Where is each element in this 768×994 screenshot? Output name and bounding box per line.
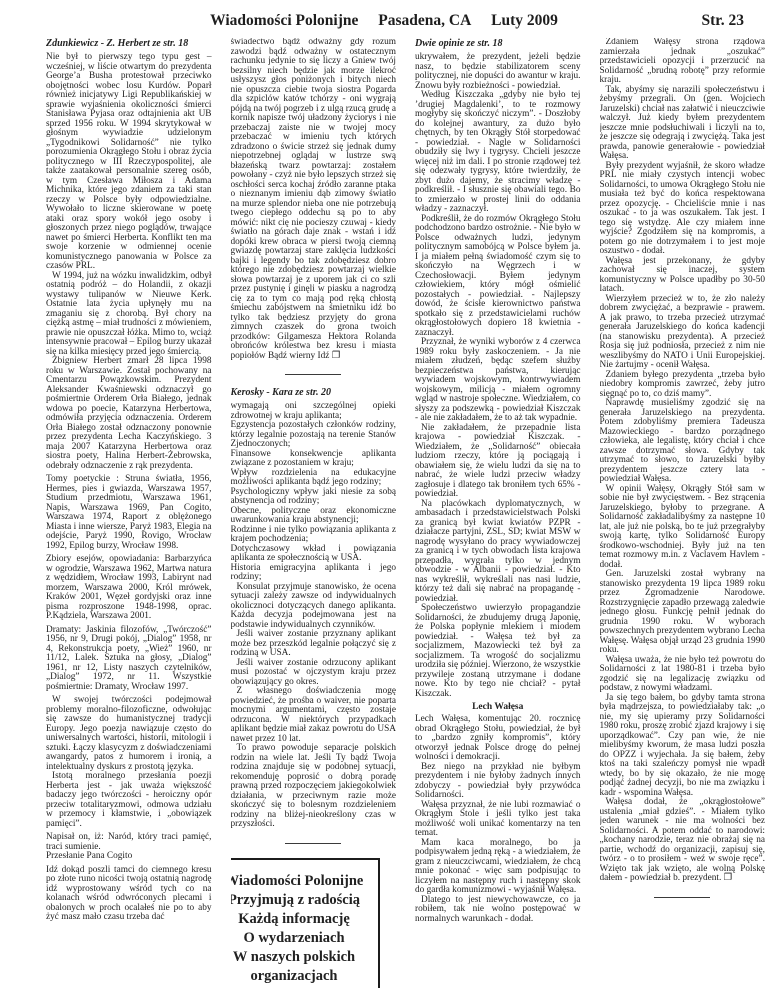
article-paragraph: Psychologiczny wpływ jaki niesie za sobą… (231, 488, 397, 507)
newspaper-column-3: Dwie opinie ze str. 18ukrywałem, że prez… (415, 38, 581, 988)
notice-box: Wiadomości PolonijnePrzyjmują z radością… (231, 858, 380, 989)
article-paragraph: wymagają oni szczególnej opieki zdrowotn… (231, 402, 397, 421)
newspaper-column-2: świadectwo bądź odważny gdy rozum zawodz… (231, 38, 397, 988)
article-paragraph: Przyznał, że wyniki wyborów z 4 czerwca … (415, 338, 581, 424)
article-paragraph: świadectwo bądź odważny gdy rozum zawodz… (231, 38, 397, 361)
article-paragraph: Wierzyłem przecież w to, że zło należy d… (600, 295, 766, 371)
article-paragraph: Społeczeństwo uwierzyło propagandzie Sol… (415, 604, 581, 699)
article-paragraph: Dlatego to jest niewychowawcze, co ja ro… (415, 896, 581, 925)
article-paragraph: Lech Wałęsa, komentując 20. rocznicę obr… (415, 715, 581, 763)
article-paragraph: Gen. Jaruzelski został wybrany na stanow… (600, 570, 766, 656)
article-paragraph: Na placówkach dyplomatycznych, w ambasad… (415, 500, 581, 605)
article-headline: Zdunkiewicz - Z. Herbert ze str. 18 (46, 38, 212, 50)
article-paragraph: Nie zakładałem, że przepadnie lista kraj… (415, 424, 581, 500)
article-paragraph: Dotychczasowy wkład i powiązania aplikan… (231, 545, 397, 564)
article-paragraph: Istotą moralnego przesłania poezji Herbe… (46, 772, 212, 829)
article-paragraph: Zdaniem byłego prezydenta „trzeba było n… (600, 371, 766, 400)
article-paragraph: W swojej twórczości podejmował problemy … (46, 696, 212, 772)
article-paragraph: Według Kiszczaka „gdyby nie było tej ’dr… (415, 91, 581, 215)
article-paragraph: Historia emigracyjna aplikanta i jego ro… (231, 564, 397, 583)
article-paragraph: Napisał on, iż: Naród, który traci pamię… (46, 833, 212, 852)
article-paragraph: Dramaty: Jaskinia filozofów, „Twórczość”… (46, 626, 212, 693)
notice-line: Każdą informację (231, 910, 375, 929)
article-paragraph: Wałęsa uważa, że nie było też powrotu do… (600, 656, 766, 694)
notice-line: W naszych polskich (231, 948, 375, 967)
section-divider (654, 897, 710, 898)
notice-line: Przyjmują z radością (231, 891, 375, 910)
masthead-line: Wiadomości Polonijne Pasadena, CA Luty 2… (0, 12, 768, 30)
article-paragraph: Jeśli waiver zostanie przyznany aplikant… (231, 630, 397, 659)
article-paragraph: Konsulat przyjmuje stanowisko, że ocena … (231, 583, 397, 631)
article-paragraph: Rodzinne i nie tylko powiązania aplikant… (231, 526, 397, 545)
article-paragraph: Wałęsa jest przekonany, że gdyby zachowa… (600, 257, 766, 295)
article-paragraph: Zbiory esejów, opowiadania: Barbarzyńca … (46, 555, 212, 622)
article-paragraph: Naprawdę musieliśmy zgodzić się na gener… (600, 399, 766, 485)
notice-line: O wydarzeniach (231, 929, 375, 948)
article-paragraph: Obecne, polityczne oraz ekonomiczne uwar… (231, 507, 397, 526)
article-paragraph: Jeśli waiver zostanie odrzucony aplikant… (231, 659, 397, 688)
article-paragraph: Ja się tego bałem, bo gdyby tamta strona… (600, 694, 766, 799)
page-header: Wiadomości Polonijne Pasadena, CA Luty 2… (0, 12, 768, 34)
article-paragraph: Tomy poetyckie : Struna światła, 1956, H… (46, 475, 212, 551)
masthead-date: Luty 2009 (491, 12, 558, 30)
section-divider (285, 374, 341, 375)
notice-line: organizacjach (231, 967, 375, 986)
newspaper-page: Wiadomości Polonijne Pasadena, CA Luty 2… (0, 0, 768, 994)
article-paragraph: Nie był to pierwszy tego typu gest – wcz… (46, 53, 212, 272)
columns-container: Zdunkiewicz - Z. Herbert ze str. 18Nie b… (46, 38, 765, 988)
article-paragraph: Finansowe konsekwencje aplikanta związan… (231, 450, 397, 469)
article-headline: Kerosky - Kara ze str. 20 (231, 387, 397, 399)
masthead-title: Wiadomości Polonijne (210, 12, 358, 30)
notice-line: Wiadomości Polonijne (231, 872, 375, 891)
article-paragraph: Zdaniem Wałęsy strona rządowa zamierzała… (600, 38, 766, 86)
article-paragraph: Tak, abyśmy się narazili społeczeństwu i… (600, 86, 766, 162)
masthead-location: Pasadena, CA (378, 12, 471, 30)
article-paragraph: ukrywałem, że prezydent, jeżeli będzie n… (415, 53, 581, 91)
article-paragraph: To prawo powoduje separacje polskich rod… (231, 744, 397, 830)
section-divider (285, 843, 341, 844)
page-number: Str. 23 (702, 12, 745, 30)
article-subhead: Lech Wałęsa (415, 702, 581, 713)
article-paragraph: Wałęsa dodał, że „okrągłostołowe” ustale… (600, 798, 766, 884)
article-paragraph: Z własnego doświadczenia mogę powiedzieć… (231, 687, 397, 744)
newspaper-column-1: Zdunkiewicz - Z. Herbert ze str. 18Nie b… (46, 38, 212, 988)
article-paragraph: Były prezydent wyjaśnił, że skoro władze… (600, 162, 766, 257)
article-paragraph: Wpływ rozdzielenia na edukacyjne możliwo… (231, 469, 397, 488)
article-paragraph: Egzystencja pozostałych członków rodziny… (231, 421, 397, 450)
article-paragraph: Mam kaca moralnego, bo ja podpisywałem j… (415, 839, 581, 896)
article-paragraph: Idź dokąd poszli tamci do ciemnego kresu… (46, 866, 212, 923)
article-paragraph: Bez niego na przykład nie byłbym prezyde… (415, 763, 581, 801)
article-headline: Dwie opinie ze str. 18 (415, 38, 581, 50)
article-paragraph: Zbigniew Herbert zmarł 28 lipca 1998 rok… (46, 357, 212, 471)
article-paragraph: Podkreślił, że do rozmów Okrągłego Stołu… (415, 215, 581, 339)
newspaper-column-4: Zdaniem Wałęsy strona rządowa zamierzała… (600, 38, 766, 988)
article-paragraph: W 1994, już na wózku inwalidzkim, odbył … (46, 272, 212, 358)
article-paragraph: Przesłanie Pana Cogito (46, 852, 212, 862)
article-paragraph: Wałęsa przyznał, że nie lubi rozmawiać o… (415, 801, 581, 839)
article-paragraph: W opinii Wałęsy, Okrągły Stół sam w sobi… (600, 485, 766, 571)
